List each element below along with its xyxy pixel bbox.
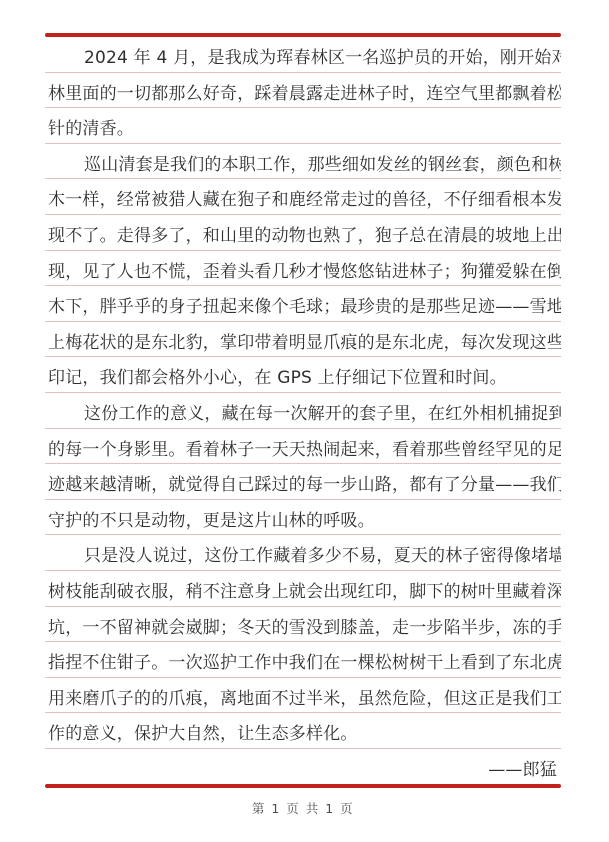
text-line: 这份工作的意义，藏在每一次解开的套子里，在红外相机捕捉到 — [45, 393, 561, 429]
document-page: 2024 年 4 月，是我成为珲春林区一名巡护员的开始，刚开始对森林里面的一切都… — [0, 0, 609, 842]
text-line: 印记，我们都会格外小心，在 GPS 上仔细记下位置和时间。 — [45, 357, 561, 393]
text-line: 用来磨爪子的的爪痕，离地面不过半米，虽然危险，但这正是我们工 — [45, 678, 561, 714]
text-line: 迹越来越清晰，就觉得自己踩过的每一步山路，都有了分量——我们 — [45, 464, 561, 500]
text-line: 2024 年 4 月，是我成为珲春林区一名巡护员的开始，刚开始对森 — [45, 37, 561, 73]
text-line: 指捏不住钳子。一次巡护工作中我们在一棵松树树干上看到了东北虎 — [45, 642, 561, 678]
text-line: 上梅花状的是东北豹，掌印带着明显爪痕的是东北虎，每次发现这些 — [45, 322, 561, 358]
signature: ——郎猛 — [45, 749, 561, 785]
text-line: 现，见了人也不慌，歪着头看几秒才慢悠悠钻进林子；狗獾爱躲在倒 — [45, 251, 561, 287]
text-line: 木下，胖乎乎的身子扭起来像个毛球；最珍贵的是那些足迹——雪地 — [45, 286, 561, 322]
text-line: 作的意义，保护大自然，让生态多样化。 — [45, 713, 561, 749]
page-number-indicator: 第 1 页 共 1 页 — [45, 799, 561, 817]
text-line: 只是没人说过，这份工作藏着多少不易，夏天的林子密得像堵墙， — [45, 535, 561, 571]
text-line: 现不了。走得多了，和山里的动物也熟了，狍子总在清晨的坡地上出 — [45, 215, 561, 251]
text-line: 坑，一不留神就会崴脚；冬天的雪没到膝盖，走一步陷半步，冻的手 — [45, 607, 561, 643]
text-line: 树枝能刮破衣服，稍不注意身上就会出现红印，脚下的树叶里藏着深 — [45, 571, 561, 607]
bottom-rule-line — [45, 784, 561, 788]
document-content: 2024 年 4 月，是我成为珲春林区一名巡护员的开始，刚开始对森林里面的一切都… — [45, 33, 561, 817]
text-line: 林里面的一切都那么好奇，踩着晨露走进林子时，连空气里都飘着松 — [45, 73, 561, 109]
text-line: 巡山清套是我们的本职工作，那些细如发丝的钢丝套，颜色和树 — [45, 144, 561, 180]
text-line: 的每一个身影里。看着林子一天天热闹起来，看着那些曾经罕见的足 — [45, 429, 561, 465]
text-line: 针的清香。 — [45, 108, 561, 144]
text-line: 守护的不只是动物，更是这片山林的呼吸。 — [45, 500, 561, 536]
text-line: 木一样，经常被猎人藏在狍子和鹿经常走过的兽径，不仔细看根本发 — [45, 179, 561, 215]
document-body: 2024 年 4 月，是我成为珲春林区一名巡护员的开始，刚开始对森林里面的一切都… — [45, 37, 561, 784]
